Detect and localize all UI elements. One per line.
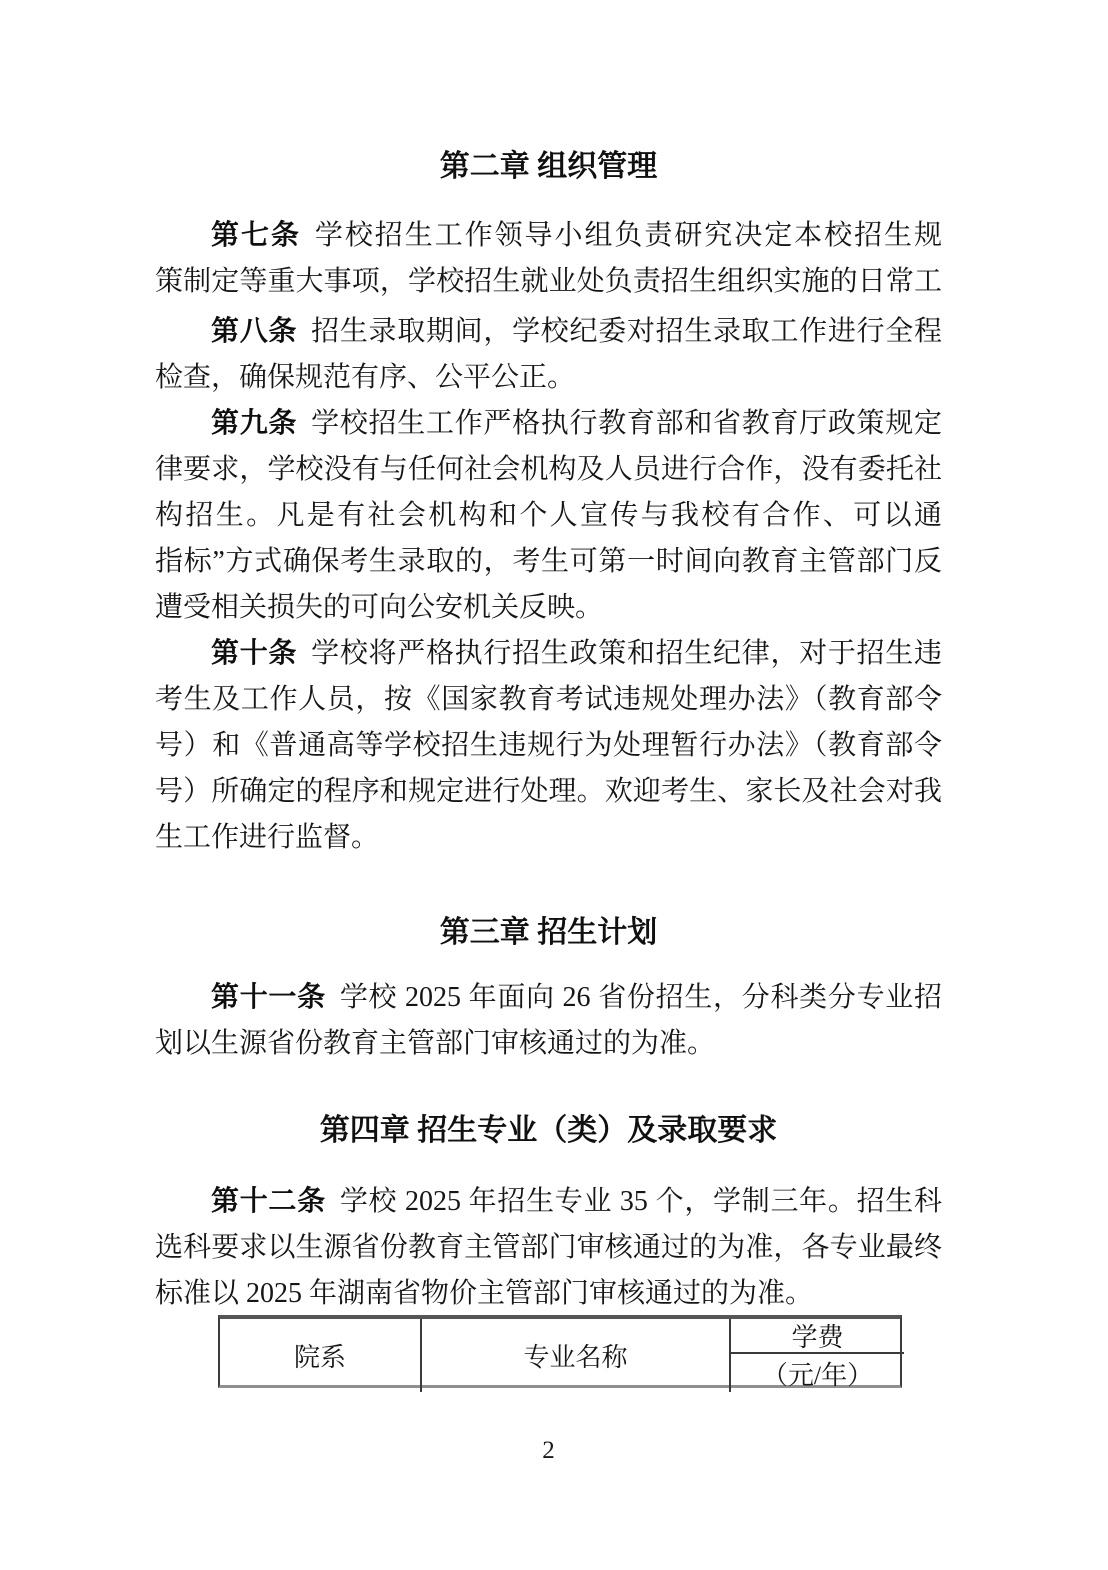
chapter-2-heading: 第二章 组织管理: [155, 148, 942, 186]
table-header-major-name: 专业名称: [420, 1319, 729, 1392]
page-number: 2: [155, 1437, 942, 1465]
text-line: 第十条学校将严格执行招生政策和招生纪律，对于招生违规的: [155, 631, 942, 677]
chapter-3-heading: 第三章 招生计划: [155, 914, 942, 952]
article-9-label: 第九条: [211, 408, 297, 439]
article-7-label: 第七条: [211, 220, 301, 251]
table-header-tuition: 学费: [729, 1319, 904, 1354]
text-line: 律要求，学校没有与任何社会机构及人员进行合作，没有委托社会机: [155, 447, 942, 493]
article-10-paragraph: 第十条学校将严格执行招生政策和招生纪律，对于招生违规的 考生及工作人员，按《国家…: [155, 631, 942, 861]
table-header-tuition-unit: （元/年）: [729, 1354, 904, 1392]
text-line: 第七条学校招生工作领导小组负责研究决定本校招生规模、政: [155, 213, 942, 259]
article-12-label: 第十二条: [211, 1186, 326, 1217]
chapter-4-heading: 第四章 招生专业（类）及录取要求: [155, 1112, 942, 1150]
text-line: 标准以 2025 年湖南省物价主管部门审核通过的为准。: [155, 1271, 942, 1317]
article-12-paragraph: 第十二条学校 2025 年招生专业 35 个，学制三年。招生科类及 选科要求以生…: [155, 1179, 942, 1317]
text-line: 第十二条学校 2025 年招生专业 35 个，学制三年。招生科类及: [155, 1179, 942, 1225]
text-line: 指标”方式确保考生录取的，考生可第一时间向教育主管部门反映，: [155, 539, 942, 585]
table-header-department: 院系: [220, 1319, 420, 1392]
text-line: 考生及工作人员，按《国家教育考试违规处理办法》（教育部令 33: [155, 677, 942, 723]
article-8-paragraph: 第八条招生录取期间，学校纪委对招生录取工作进行全程监督 检查，确保规范有序、公平…: [155, 309, 942, 401]
text-line: 第八条招生录取期间，学校纪委对招生录取工作进行全程监督: [155, 309, 942, 355]
article-9-paragraph: 第九条学校招生工作严格执行教育部和省教育厅政策规定和纪 律要求，学校没有与任何社…: [155, 401, 942, 631]
text-line: 号）和《普通高等学校招生违规行为处理暂行办法》（教育部令 36: [155, 723, 942, 769]
article-11-paragraph: 第十一条学校 2025 年面向 26 省份招生，分科类分专业招生计 划以生源省份…: [155, 975, 942, 1067]
text-line: 检查，确保规范有序、公平公正。: [155, 355, 942, 401]
text-line: 遭受相关损失的可向公安机关反映。: [155, 585, 942, 631]
text-line: 构招生。凡是有社会机构和个人宣传与我校有合作、可以通过“内部: [155, 493, 942, 539]
text-line: 划以生源省份教育主管部门审核通过的为准。: [155, 1021, 942, 1067]
text-line: 生工作进行监督。: [155, 815, 942, 861]
article-7-paragraph: 第七条学校招生工作领导小组负责研究决定本校招生规模、政 策制定等重大事项，学校招…: [155, 213, 942, 305]
article-8-label: 第八条: [211, 316, 297, 347]
text-line: 号）所确定的程序和规定进行处理。欢迎考生、家长及社会对我校招: [155, 769, 942, 815]
article-10-label: 第十条: [211, 638, 297, 669]
article-11-label: 第十一条: [211, 982, 326, 1013]
text-line: 第十一条学校 2025 年面向 26 省份招生，分科类分专业招生计: [155, 975, 942, 1021]
majors-tuition-table: 院系 专业名称 学费 （元/年）: [218, 1315, 902, 1388]
text-line: 选科要求以生源省份教育主管部门审核通过的为准，各专业最终学费: [155, 1225, 942, 1271]
document-page: 第二章 组织管理 第七条学校招生工作领导小组负责研究决定本校招生规模、政 策制定…: [0, 0, 1108, 1570]
text-line: 第九条学校招生工作严格执行教育部和省教育厅政策规定和纪: [155, 401, 942, 447]
text-line: 策制定等重大事项，学校招生就业处负责招生组织实施的日常工作。: [155, 259, 942, 305]
